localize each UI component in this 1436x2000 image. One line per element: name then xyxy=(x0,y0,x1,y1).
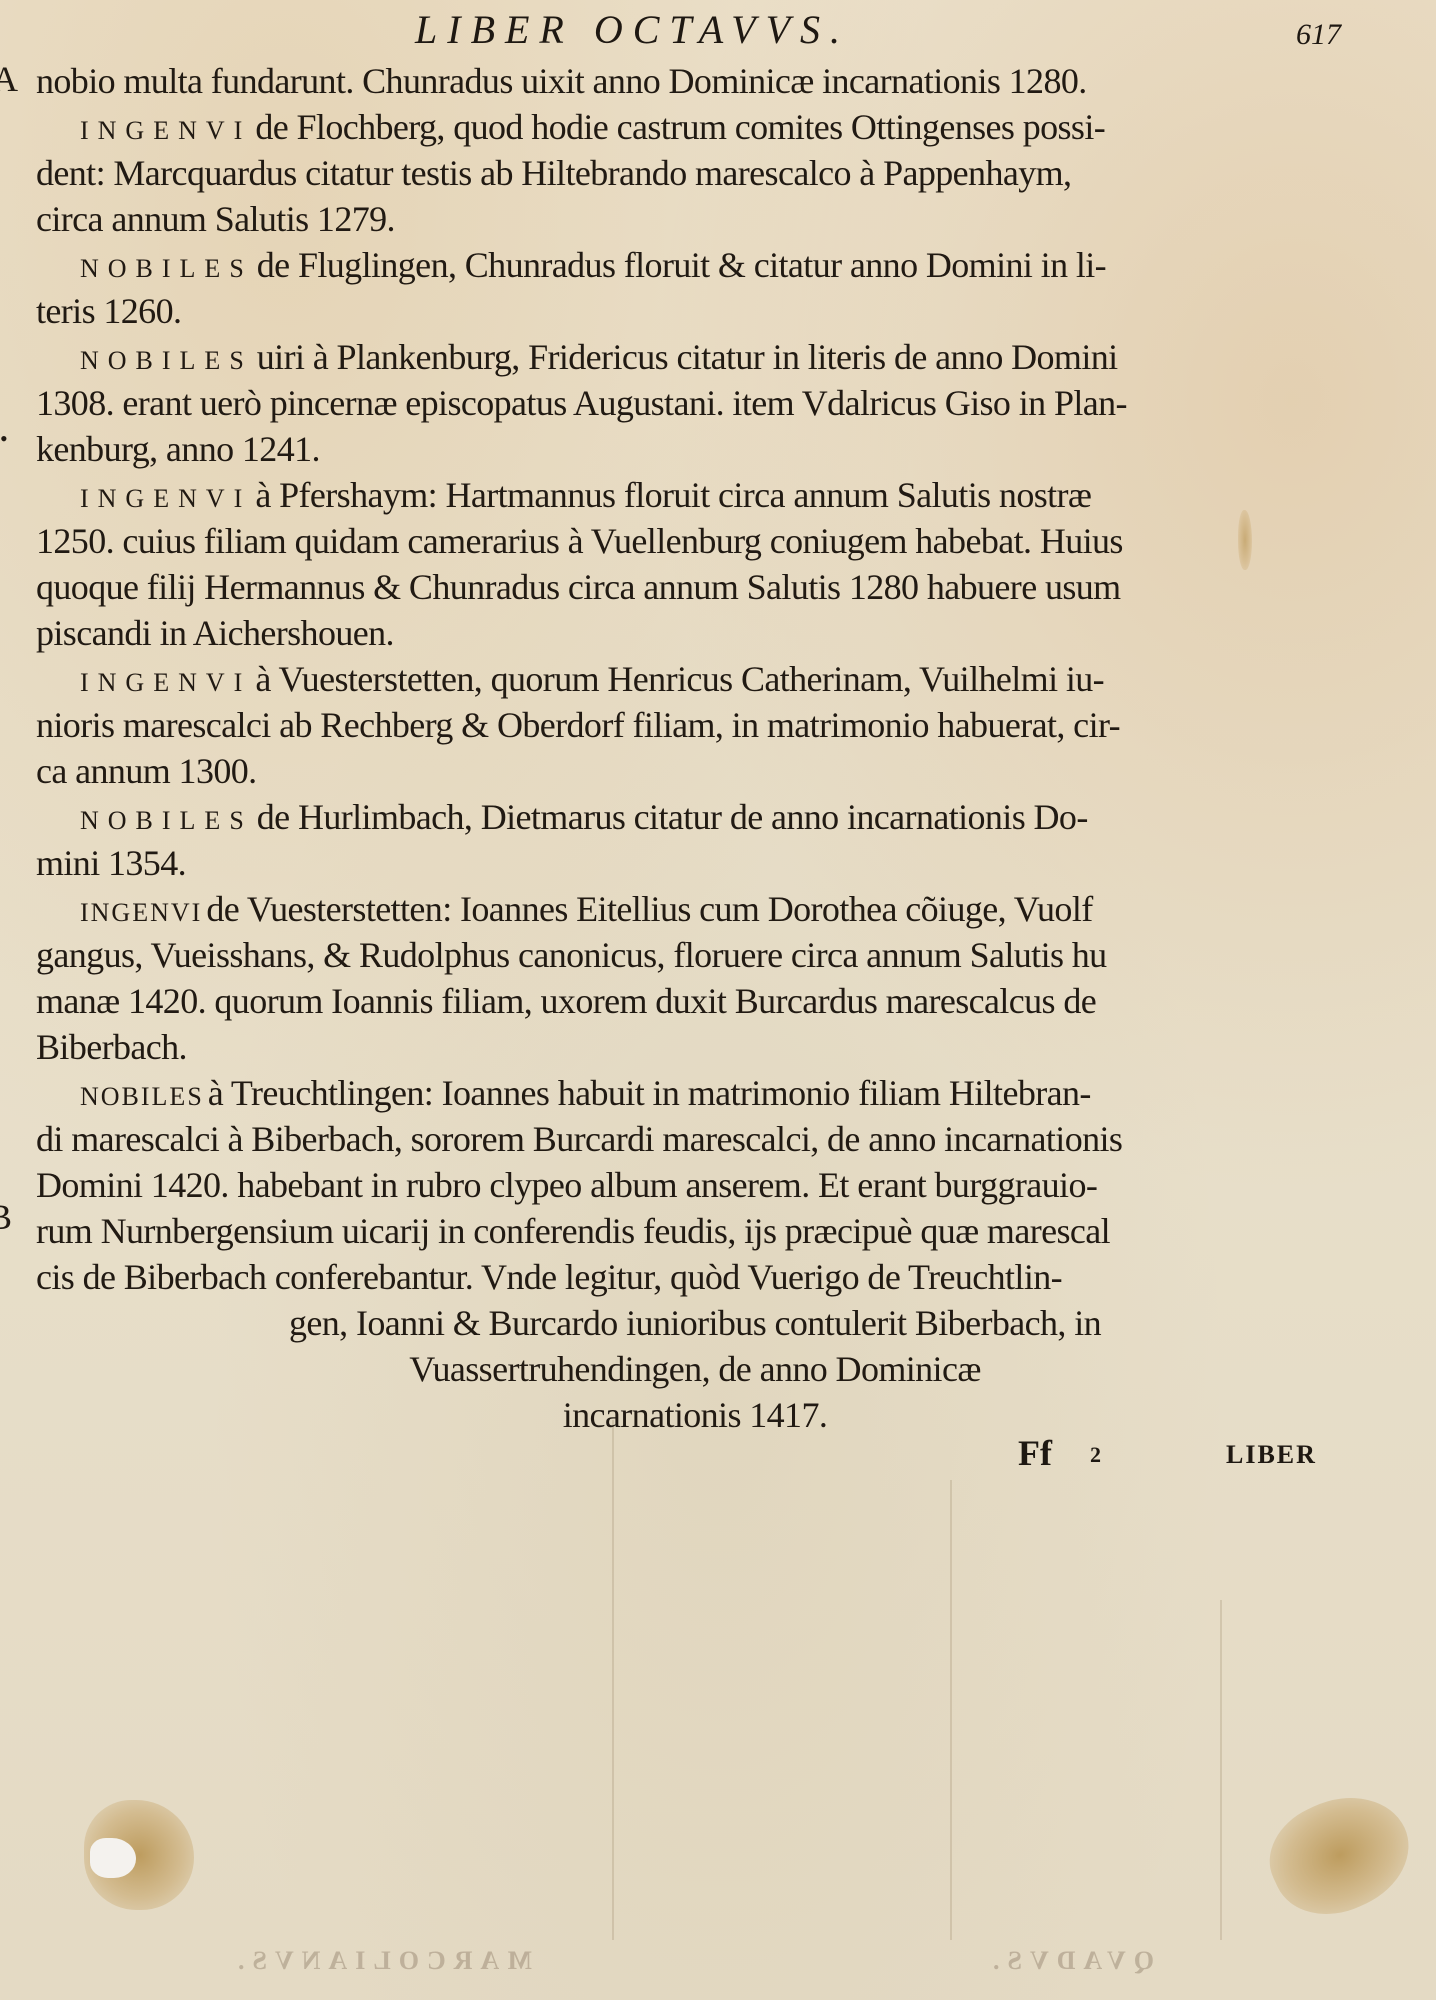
text-line: mini 1354. xyxy=(36,840,1354,886)
running-title: LIBER OCTAVVS. xyxy=(415,6,850,53)
text-line: ca annum 1300. xyxy=(36,748,1354,794)
text-line: circa annum Salutis 1279. xyxy=(36,196,1354,242)
small-caps-heading: NOBILES xyxy=(80,346,253,375)
paper-chain-line xyxy=(950,1480,952,1940)
paper-chain-line xyxy=(612,1420,614,1940)
margin-letter-b: B xyxy=(0,1196,12,1238)
text-line: nobio multa fundarunt. Chunradus uixit a… xyxy=(36,58,1354,104)
text-line: manæ 1420. quorum Ioannis filiam, uxorem… xyxy=(36,978,1354,1024)
text-line: cis de Biberbach conferebantur. Vnde leg… xyxy=(36,1254,1354,1300)
body-text: nobio multa fundarunt. Chunradus uixit a… xyxy=(36,58,1354,1438)
paper-hole xyxy=(90,1838,136,1878)
paragraph-start: NOBILESde Hurlimbach, Dietmarus citatur … xyxy=(36,794,1354,840)
paragraph-start: NOBILESuiri à Plankenburg, Fridericus ci… xyxy=(36,334,1354,380)
book-page: LIBER OCTAVVS. 617 A • B nobio multa fun… xyxy=(0,0,1436,2000)
page-number: 617 xyxy=(1296,18,1341,52)
catchword: LIBER xyxy=(1226,1440,1317,1470)
small-caps-heading: INGENVI xyxy=(80,484,251,513)
paragraph-start: INGENVIà Vuesterstetten, quorum Henricus… xyxy=(36,656,1354,702)
text-line: kenburg, anno 1241. xyxy=(36,426,1354,472)
small-caps-heading: INGENVI xyxy=(80,668,251,697)
signature-mark: Ff xyxy=(1018,1432,1052,1474)
paragraph-start: INGENVIde Vuesterstetten: Ioannes Eitell… xyxy=(36,886,1354,932)
tapered-line: gen, Ioanni & Burcardo iunioribus contul… xyxy=(36,1300,1354,1346)
signature-number: 2 xyxy=(1090,1442,1101,1468)
small-caps-heading: INGENVI xyxy=(80,898,202,927)
running-head: LIBER OCTAVVS. 617 xyxy=(0,6,1436,56)
text-line: Biberbach. xyxy=(36,1024,1354,1070)
margin-dot: • xyxy=(0,426,8,452)
small-caps-heading: NOBILES xyxy=(80,806,253,835)
text-line: 1308. erant uerò pincernæ episcopatus Au… xyxy=(36,380,1354,426)
text-line: quoque filij Hermannus & Chunradus circa… xyxy=(36,564,1354,610)
text-line: piscandi in Aichershouen. xyxy=(36,610,1354,656)
paragraph-start: NOBILESde Fluglingen, Chunradus floruit … xyxy=(36,242,1354,288)
page-footer: Ff 2 LIBER xyxy=(1018,1432,1348,1476)
text-line: nioris marescalci ab Rechberg & Oberdorf… xyxy=(36,702,1354,748)
text-line: rum Nurnbergensium uicarij in conferendi… xyxy=(36,1208,1354,1254)
margin-letter-a: A xyxy=(0,58,18,100)
show-through-text-right: QVADVS. xyxy=(985,1946,1154,1976)
text-line: Domini 1420. habebant in rubro clypeo al… xyxy=(36,1162,1354,1208)
tapered-line: Vuassertruhendingen, de anno Dominicæ xyxy=(36,1346,1354,1392)
text-line: gangus, Vueisshans, & Rudolphus canonicu… xyxy=(36,932,1354,978)
small-caps-heading: INGENVI xyxy=(80,116,251,145)
text-line: 1250. cuius filiam quidam camerarius à V… xyxy=(36,518,1354,564)
text-line: teris 1260. xyxy=(36,288,1354,334)
paragraph-start: NOBILESà Treuchtlingen: Ioannes habuit i… xyxy=(36,1070,1354,1116)
text-line: di marescalci à Biberbach, sororem Burca… xyxy=(36,1116,1354,1162)
text-line: dent: Marcquardus citatur testis ab Hilt… xyxy=(36,150,1354,196)
stain-bottom-right xyxy=(1253,1776,1426,1935)
paragraph-start: INGENVIà Pfershaym: Hartmannus floruit c… xyxy=(36,472,1354,518)
paper-chain-line xyxy=(1220,1600,1222,1940)
show-through-text-left: MARCOLIANVS. xyxy=(230,1946,532,1976)
small-caps-heading: NOBILES xyxy=(80,1082,204,1111)
paragraph-start: INGENVIde Flochberg, quod hodie castrum … xyxy=(36,104,1354,150)
small-caps-heading: NOBILES xyxy=(80,254,253,283)
